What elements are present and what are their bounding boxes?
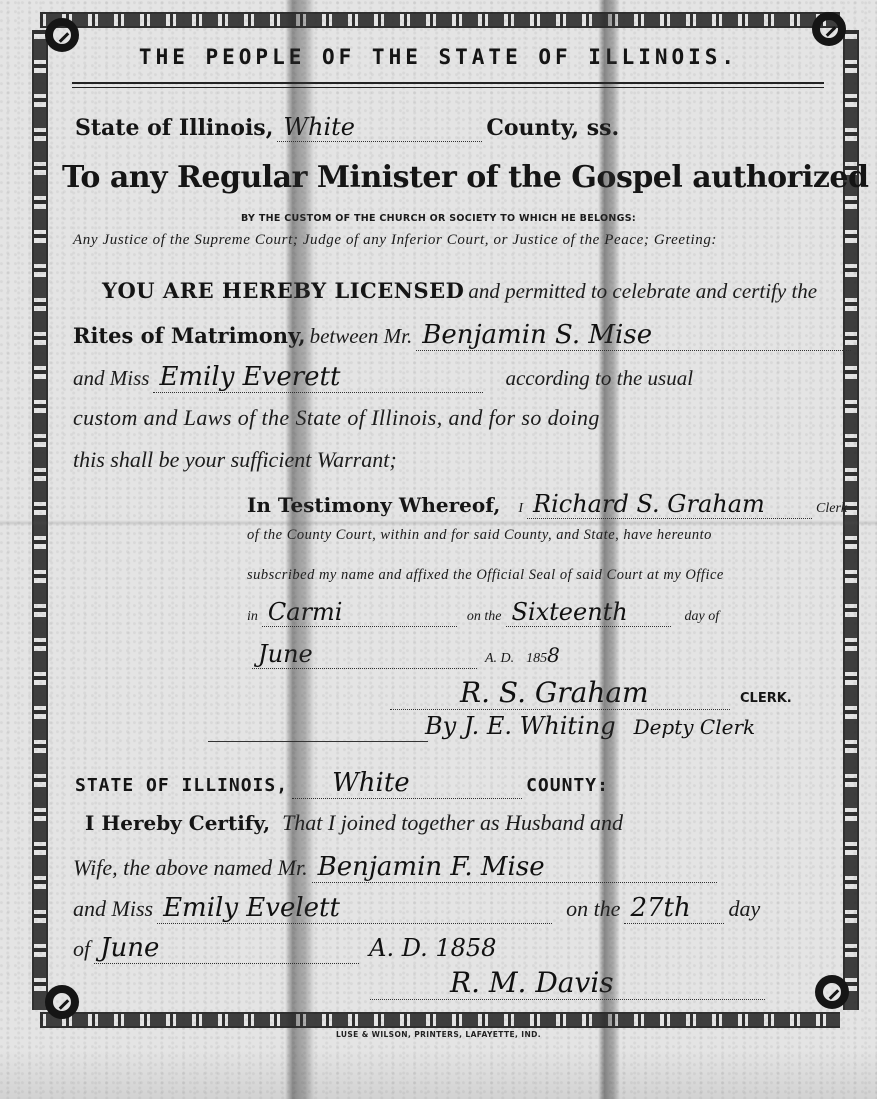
clerk-signature: R. S. Graham [390, 676, 730, 710]
day-of-label: day of [685, 609, 720, 624]
clerk-title: CLERK. [740, 691, 792, 706]
bride-line: and Miss Emily Everett according to the … [73, 362, 693, 393]
wife-label: Wife, the above named Mr. [73, 855, 308, 880]
certify-label: I Hereby Certify, [85, 811, 270, 835]
cert-and-miss-label: and Miss [73, 896, 153, 921]
licensed-line: YOU ARE HEREBY LICENSED and permitted to… [102, 278, 817, 304]
warrant-line: this shall be your sufficient Warrant; [73, 447, 397, 473]
day-field: Sixteenth [506, 598, 671, 627]
cert-bride-line: and Miss Emily Evelett on the 27th day [73, 893, 760, 924]
clerk-signature-line: R. S. Graham CLERK. [390, 676, 792, 710]
cert-state-label: STATE OF ILLINOIS, [75, 775, 288, 796]
address-line: To any Regular Minister of the Gospel au… [62, 160, 877, 195]
corner-ornament-icon [812, 12, 846, 46]
court-line-2: subscribed my name and affixed the Offic… [247, 567, 724, 584]
clerk-suffix: Clerk [816, 501, 847, 516]
cert-month-line: of June A. D. 1858 [73, 933, 496, 964]
county-field: White [277, 113, 482, 142]
county-label: County, ss. [486, 115, 619, 141]
on-the-label: on the [467, 609, 502, 624]
licensed-bold: YOU ARE HEREBY LICENSED [102, 278, 464, 303]
corner-ornament-icon [815, 975, 849, 1009]
cert-of-label: of [73, 936, 90, 961]
printer-credit: LUSE & WILSON, PRINTERS, LAFAYETTE, IND. [0, 1030, 877, 1039]
cert-groom-name-field: Benjamin F. Mise [312, 852, 717, 883]
rites-label: Rites of Matrimony, [73, 323, 306, 348]
ornamental-border-top [40, 12, 840, 28]
certify-line: I Hereby Certify, That I joined together… [85, 810, 623, 836]
corner-ornament-icon [45, 985, 79, 1019]
testimony-prefix: I [518, 501, 523, 516]
deputy-signature-line: By J. E. Whiting Depty Clerk [425, 712, 755, 740]
cert-month-field: June [94, 933, 359, 964]
groom-name-field: Benjamin S. Mise [416, 320, 851, 351]
marriage-license-document: THE PEOPLE OF THE STATE OF ILLINOIS. Sta… [0, 0, 877, 1099]
rites-line: Rites of Matrimony, between Mr. Benjamin… [73, 320, 851, 351]
office-place-line: in Carmi on the Sixteenth day of [247, 598, 719, 627]
court-line-1: of the County Court, within and for said… [247, 527, 712, 544]
month-year-line: June A. D. 1858 [252, 640, 560, 669]
cert-day-label: day [728, 896, 760, 921]
ad-label: A. D. [485, 651, 514, 666]
cert-day-field: 27th [624, 893, 724, 924]
document-title: THE PEOPLE OF THE STATE OF ILLINOIS. [0, 45, 877, 69]
paper-bottom-margin [0, 1050, 877, 1099]
officiant-signature-line: R. M. Davis [370, 966, 765, 1000]
paper-fold-horizontal [0, 520, 877, 526]
justices-line: Any Justice of the Supreme Court; Judge … [73, 232, 717, 249]
cert-ad-label: A. D. 1858 [369, 934, 496, 962]
ornamental-border-bottom [40, 1012, 840, 1028]
cert-county-label: COUNTY: [526, 775, 609, 796]
certificate-state-county-line: STATE OF ILLINOIS, White COUNTY: [75, 768, 609, 799]
cert-groom-line: Wife, the above named Mr. Benjamin F. Mi… [73, 852, 717, 883]
clerk-name-field: Richard S. Graham [527, 490, 812, 519]
cert-county-field: White [292, 768, 522, 799]
licensed-rest: and permitted to celebrate and certify t… [468, 279, 817, 303]
year-field: 8 [547, 643, 560, 667]
deputy-signature: By J. E. Whiting [425, 712, 616, 740]
deputy-title: Depty Clerk [634, 715, 756, 739]
testimony-line: In Testimony Whereof, I Richard S. Graha… [247, 490, 847, 519]
officiant-signature: R. M. Davis [370, 966, 765, 1000]
title-divider [72, 82, 824, 88]
bride-name-field: Emily Everett [153, 362, 483, 393]
custom-laws-line: custom and Laws of the State of Illinois… [73, 405, 600, 431]
deputy-rule [208, 741, 428, 742]
license-state-county-line: State of Illinois, White County, ss. [75, 113, 619, 142]
year-printed: 185 [526, 651, 547, 666]
in-label: in [247, 609, 258, 624]
certify-rest: That I joined together as Husband and [282, 810, 623, 835]
between-label: between Mr. [310, 324, 413, 348]
custom-line: BY THE CUSTOM OF THE CHURCH OR SOCIETY T… [0, 213, 877, 224]
testimony-label: In Testimony Whereof, [247, 493, 500, 517]
and-miss-label: and Miss [73, 366, 149, 390]
office-place-field: Carmi [262, 598, 457, 627]
state-label: State of Illinois, [75, 115, 273, 141]
according-label: according to the usual [505, 366, 693, 390]
cert-bride-name-field: Emily Evelett [157, 893, 552, 924]
month-field: June [252, 640, 477, 669]
cert-on-the-label: on the [566, 896, 620, 921]
